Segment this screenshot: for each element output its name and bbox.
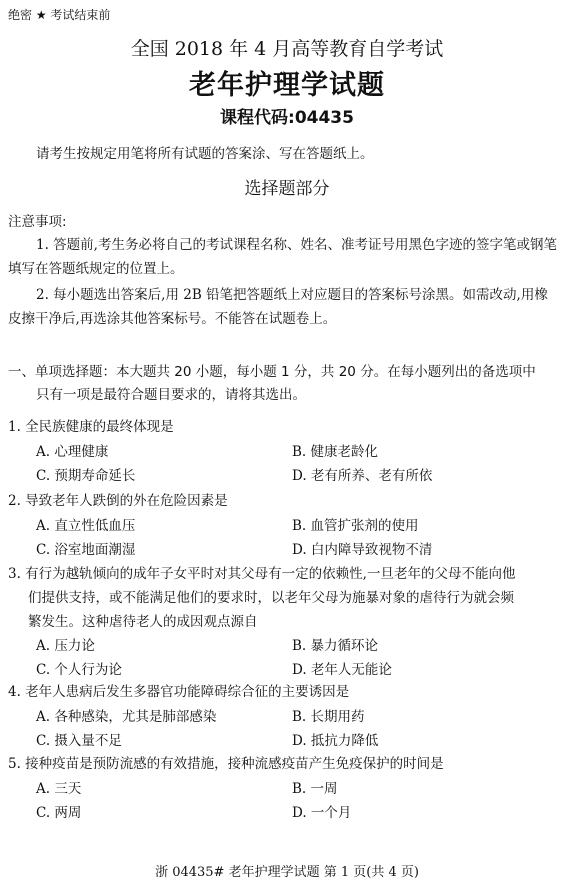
option-c: C. 两周 (36, 801, 81, 821)
option-d: D. 白内障导致视物不清 (292, 538, 432, 558)
part-header-continued: 只有一项是最符合题目要求的，请将其选出。 (36, 383, 306, 403)
notes-heading: 注意事项: (8, 210, 67, 230)
option-b: B. 血管扩张剂的使用 (292, 514, 419, 534)
exam-name: 全国 2018 年 4 月高等教育自学考试 (0, 34, 574, 61)
option-b: B. 暴力循环论 (292, 634, 378, 654)
page-title: 老年护理学试题 (0, 63, 574, 102)
option-d: D. 老年人无能论 (292, 658, 392, 678)
question-stem: 1. 全民族健康的最终体现是 (8, 415, 174, 435)
section-title: 选择题部分 (0, 174, 574, 199)
option-c: C. 摄入量不足 (36, 729, 122, 749)
option-c: C. 预期寿命延长 (36, 464, 135, 484)
question-stem-continued: 们提供支持，或不能满足他们的要求时，以老年父母为施暴对象的虐待行为就会频 (28, 586, 514, 606)
question-stem: 2. 导致老年人跌倒的外在危险因素是 (8, 489, 228, 509)
question-stem: 4. 老年人患病后发生多器官功能障碍综合征的主要诱因是 (8, 680, 349, 700)
general-instruction: 请考生按规定用笔将所有试题的答案涂、写在答题纸上。 (36, 142, 374, 162)
option-a: A. 心理健康 (36, 440, 108, 460)
option-d: D. 老有所养、老有所依 (292, 464, 432, 484)
note-line: 2. 每小题选出答案后,用 2B 铅笔把答题纸上对应题目的答案标号涂黑。如需改动… (36, 283, 548, 303)
option-d: D. 一个月 (292, 801, 351, 821)
note-line: 1. 答题前,考生务必将自己的考试课程名称、姓名、准考证号用黑色字迹的签字笔或钢… (36, 233, 557, 253)
question-stem: 5. 接种疫苗是预防流感的有效措施，接种流感疫苗产生免疫保护的时间是 (8, 752, 444, 772)
option-a: A. 直立性低血压 (36, 514, 135, 534)
part-header: 一、单项选择题：本大题共 20 小题，每小题 1 分，共 20 分。在每小题列出… (8, 360, 536, 380)
option-b: B. 健康老龄化 (292, 440, 378, 460)
option-b: B. 长期用药 (292, 705, 365, 725)
option-b: B. 一周 (292, 777, 338, 797)
option-d: D. 抵抗力降低 (292, 729, 378, 749)
course-code: 课程代码:04435 (0, 103, 574, 128)
option-a: A. 各种感染，尤其是肺部感染 (36, 705, 216, 725)
note-line: 填写在答题纸规定的位置上。 (8, 257, 184, 277)
option-a: A. 三天 (36, 777, 81, 797)
option-a: A. 压力论 (36, 634, 95, 654)
question-stem-continued: 繁发生。这种虐待老人的成因观点源自 (28, 610, 258, 630)
question-stem: 3. 有行为越轨倾向的成年子女平时对其父母有一定的依赖性,一旦老年的父母不能向他 (8, 562, 515, 582)
page-footer: 浙 04435# 老年护理学试题 第 1 页(共 4 页) (0, 861, 574, 880)
note-line: 皮擦干净后,再选涂其他答案标号。不能答在试题卷上。 (8, 307, 336, 327)
option-c: C. 浴室地面潮湿 (36, 538, 135, 558)
confidential-mark: 绝密 ★ 考试结束前 (8, 6, 110, 23)
option-c: C. 个人行为论 (36, 658, 122, 678)
